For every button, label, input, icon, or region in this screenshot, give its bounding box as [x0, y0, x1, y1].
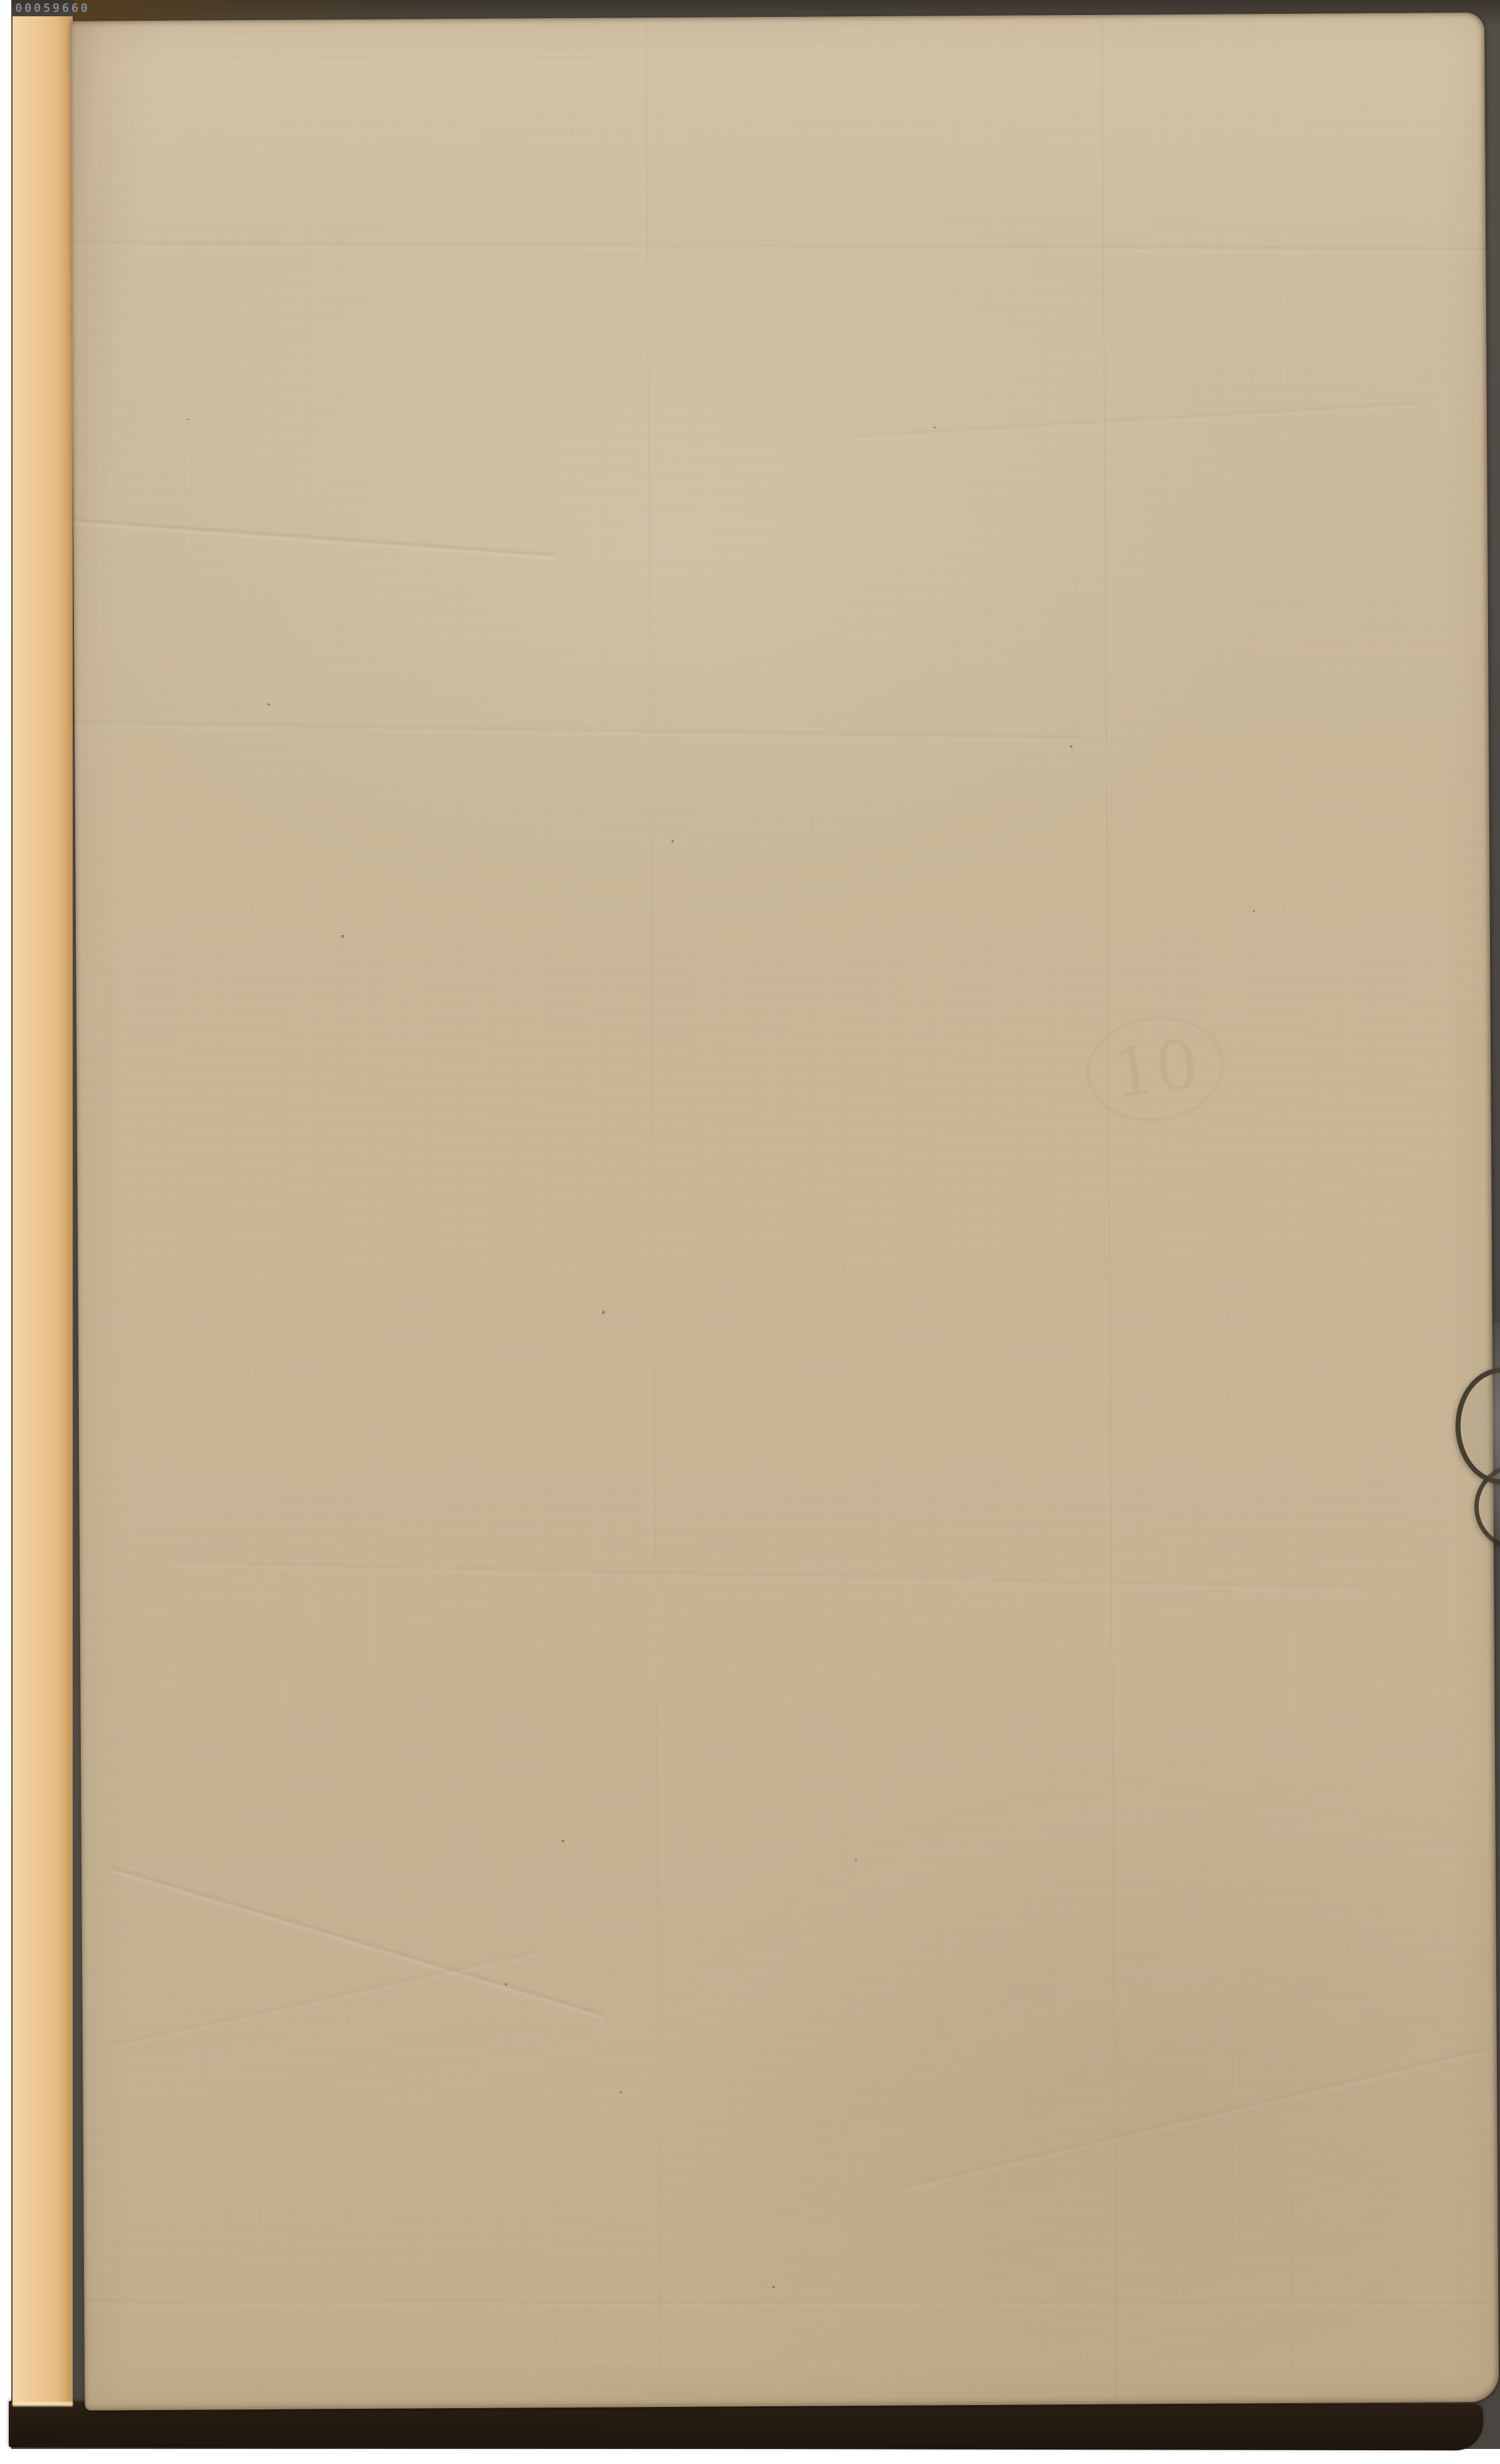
- flyleaf-page: [13, 16, 73, 2404]
- blank-page: 10: [70, 13, 1499, 2411]
- digitization-stamp: 00059660: [15, 1, 90, 15]
- book-scan: { "scan": { "stamp_id": "00059660", "gho…: [0, 0, 1500, 2464]
- page-edge-shading: [70, 13, 1499, 2411]
